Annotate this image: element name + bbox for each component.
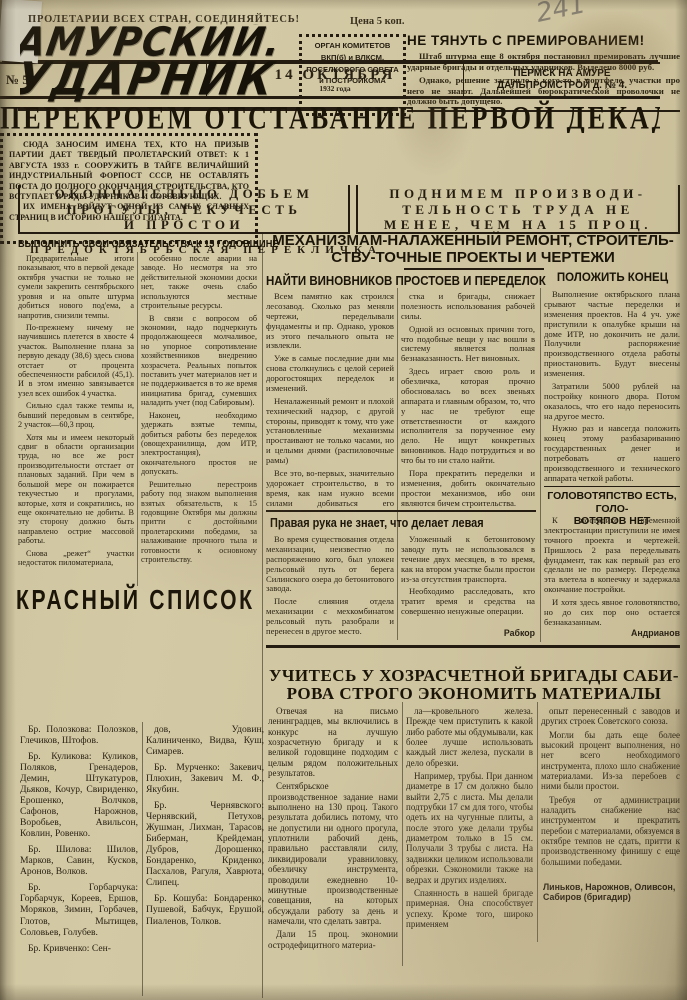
stop-end-title: ПОЛОЖИТЬ КОНЕЦ — [545, 272, 680, 284]
paragraph: Требуя от администрации наладить снабжен… — [541, 795, 680, 867]
paragraph: Снова „режет“ участки недостаток пиломат… — [18, 549, 134, 568]
price: Цена 5 коп. — [350, 16, 404, 27]
paragraph: Бр. Чернявского: Чернявский, Петухов, Жу… — [146, 800, 264, 888]
golovotyap-body: К постройке временной электростанции при… — [544, 516, 680, 628]
roll-call-col1: Отвечая на письмо ленинградцев, мы включ… — [268, 706, 398, 996]
paragraph: Уже в самые последние дни мы снова столк… — [266, 354, 394, 394]
paragraph: После слияния отдела механизации с мехко… — [266, 597, 394, 637]
paragraph: Спаянность в нашей бригаде примерная. Он… — [406, 888, 533, 929]
mechanisms-col2: стка и бригады, снижает полезность испол… — [401, 292, 535, 508]
column-rule — [137, 252, 138, 586]
roll-call-col3: опыт перенесенный с заводов и других стр… — [541, 706, 680, 996]
paragraph: Нужно раз и навсегда положить конец этом… — [544, 424, 680, 483]
right-hand-col1: Во время существования отдела механизаци… — [266, 535, 394, 641]
signature: Линьков, Нарожнов, Оливсон, Сабиров (бри… — [541, 882, 686, 902]
obligations-col1: Предварительные итоги показывают, что в … — [18, 254, 134, 586]
paragraph: Бр. Шилова: Шилов, Марков, Савин, Кусков… — [20, 844, 138, 877]
rule — [266, 645, 680, 648]
paragraph: И хотя здесь явное головотяпство, но до … — [544, 598, 680, 628]
signature: Андрианов — [580, 628, 684, 638]
paragraph: Решительно перестроив работу под знаком … — [141, 480, 257, 565]
paragraph: Штаб штурма еще 8 октября постановил пре… — [407, 51, 680, 72]
main-headline: ПЕРЕКРОЕМ ОТСТАВАНИЕ ПЕРВОЙ ДЕКАДЫ — [0, 99, 660, 133]
paragraph: Выполнение октябрьского плана срывают ча… — [544, 290, 680, 379]
paragraph: Необходимо расследовать, кто тратит врем… — [401, 587, 535, 617]
paragraph: К постройке временной электростанции при… — [544, 516, 680, 595]
roll-call-col2: ла—кровельного железа. Прежде чем присту… — [406, 706, 533, 996]
paragraph: Всем памятно как строился лесозавод. Ско… — [266, 292, 394, 351]
culprits-subhead: НАЙТИ ВИНОВНИКОВ ПРОСТОЕВ И ПЕРЕДЕЛОК — [266, 274, 546, 288]
paragraph: Бр. Полозкова: Полозков, Глечиков, Штофо… — [20, 724, 138, 746]
mechanisms-col1: Всем памятно как строился лесозавод. Ско… — [266, 292, 394, 508]
paragraph: Дали 15 проц. экономии остродефицитного … — [268, 929, 398, 950]
article-title: НЕ ТЯНУТЬ С ПРЕМИРОВАНИЕМ! — [407, 33, 680, 48]
rule — [544, 486, 680, 487]
paragraph: Во время существования отдела механизаци… — [266, 535, 394, 594]
paragraph: дов, Удовин, Калиниченко, Видва, Куш, Си… — [146, 724, 264, 757]
paragraph: Здесь играет свою роль и обезличка, кото… — [401, 367, 535, 466]
column-rule — [397, 288, 398, 640]
paragraph: Сентябрьское производственное задание на… — [268, 781, 398, 926]
subhead-left: ОКОНЧАТЕЛЬНО ДОБЬЕМ ПРОГУЛЫ, ТЕКУЧЕСТЬ И… — [18, 185, 350, 234]
paragraph: Затратили 5000 рублей на постройку конно… — [544, 382, 680, 422]
right-hand-title: Правая рука не знает, что делает левая — [270, 515, 484, 530]
stop-end-body: Выполнение октябрьского плана срывают ча… — [544, 290, 680, 484]
obligations-col2: особенно после аварии на заводе. Но несм… — [141, 254, 257, 586]
paragraph: В связи с вопросом об экономии, надо под… — [141, 314, 257, 408]
paragraph: Неналаженный ремонт и плохой технический… — [266, 397, 394, 466]
handwritten-number: 241 — [533, 0, 588, 29]
paragraph: Одной из основных причин того, что подоб… — [401, 325, 535, 365]
paragraph: Уложенный к бетонитовому заводу путь не … — [401, 535, 535, 584]
masthead: АМУРСКИЙ. УДАРНИК — [20, 24, 298, 108]
paragraph: Например, трубы. При данном диаметре в 1… — [406, 771, 533, 885]
roll-call-title: УЧИТЕСЬ У ХОЗРАСЧЕТНОЙ БРИГАДЫ САБИ- РОВ… — [268, 667, 680, 703]
paragraph: опыт перенесенный с заводов и других стр… — [541, 706, 680, 727]
title-underline — [404, 268, 544, 270]
paragraph: Наконец, необходимо удержать взятые темп… — [141, 411, 257, 477]
paragraph: Бр. Куликова: Куликов, Поляков, Гренадер… — [20, 751, 138, 839]
paragraph: По-прежнему ничему не научившись плететс… — [18, 323, 134, 398]
paragraph: Бр. Кривченко: Сен- — [20, 943, 138, 954]
newspaper-page: 241 ПРОЛЕТАРИИ ВСЕХ СТРАН, СОЕДИНЯЙТЕСЬ!… — [0, 0, 687, 1000]
column-rule — [540, 288, 541, 642]
signature: Рабкор — [435, 628, 539, 638]
red-list-names-col2: дов, Удовин, Калиниченко, Видва, Куш, Си… — [146, 724, 264, 996]
paragraph: Отвечая на письмо ленинградцев, мы включ… — [268, 706, 398, 778]
mechanisms-title: МЕХАНИЗМАМ-НАЛАЖЕННЫЙ РЕМОНТ, СТРОИТЕЛЬ-… — [266, 232, 680, 267]
paragraph: Бр. Горбарчука: Горбарчук, Кореев, Ершов… — [20, 882, 138, 937]
subhead-right: ПОДНИМЕМ ПРОИЗВОДИ- ТЕЛЬНОСТЬ ТРУДА НЕ М… — [356, 185, 680, 234]
paragraph: особенно после аварии на заводе. Но несм… — [141, 254, 257, 311]
right-hand-col2: Уложенный к бетонитовому заводу путь не … — [401, 535, 535, 627]
paragraph: Пора прекратить переделки и изменения, д… — [401, 469, 535, 508]
paragraph: стка и бригады, снижает полезность испол… — [401, 292, 535, 322]
paragraph: Сильно сдал также темпы и, бывший передо… — [18, 401, 134, 429]
column-rule — [142, 722, 143, 996]
column-rule — [537, 702, 538, 942]
paragraph: Бр. Кошуба: Бондаренко, Пушевой, Бабчук,… — [146, 893, 264, 926]
paragraph: Бр. Мурченко: Закевич, Плюхин, Закевич М… — [146, 762, 264, 795]
red-list-title: КРАСНЫЙ СПИСОК — [16, 585, 245, 617]
paragraph: Предварительные итоги показывают, что в … — [18, 254, 134, 320]
column-rule — [402, 702, 403, 966]
red-list-names-col1: Бр. Полозкова: Полозков, Глечиков, Штофо… — [20, 724, 138, 996]
obligations-title: ВЫПОЛНИТЬ СВОИ ОБЯЗАТЕЛЬСТВА К 15 ГОДОВЩ… — [18, 238, 279, 250]
paragraph: ла—кровельного железа. Прежде чем присту… — [406, 706, 533, 768]
masthead-line2: УДАРНИК — [20, 59, 298, 101]
paragraph: Хотя мы и имеем некоторый сдвиг в област… — [18, 433, 134, 546]
paragraph: Могли бы дать еще более высокий процент … — [541, 730, 680, 792]
rule — [266, 510, 536, 512]
paragraph: Все это, во-первых, значительно удорожае… — [266, 469, 394, 508]
